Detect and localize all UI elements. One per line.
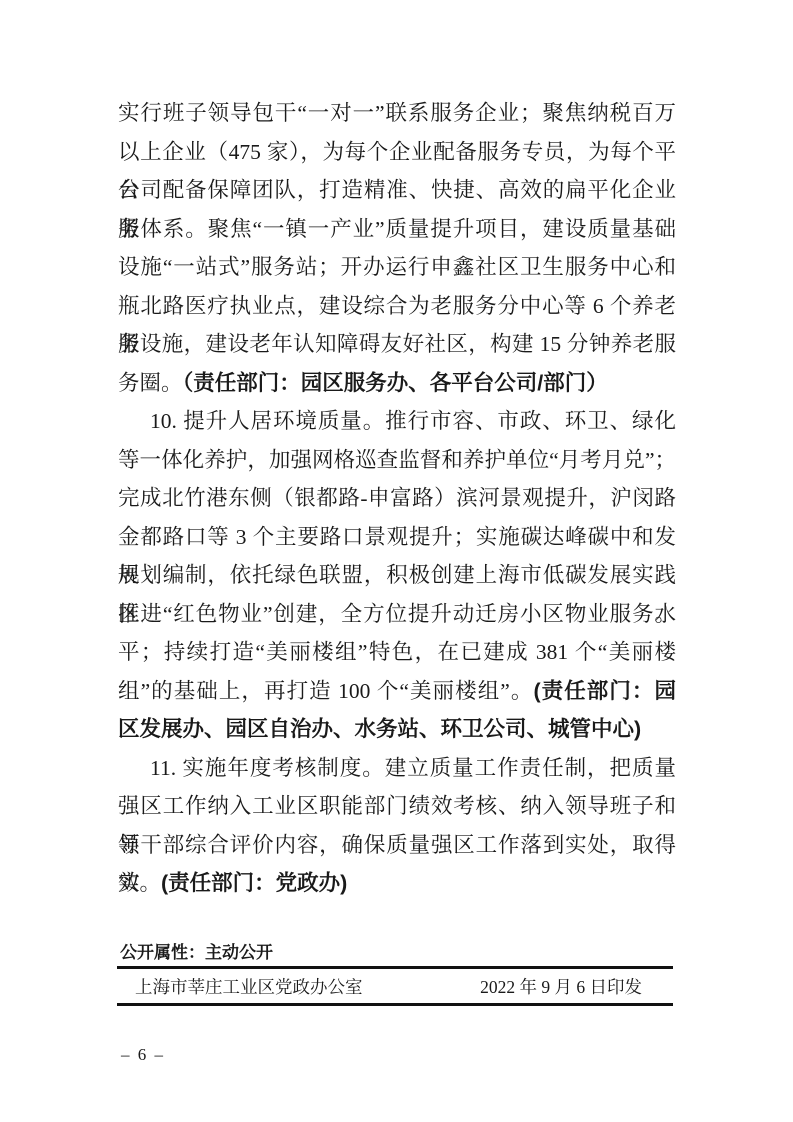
body-text-segment: 11. 实施年度考核制度。建立质量工作责任制，把质量 <box>150 756 676 780</box>
body-line: 导干部综合评价内容，确保质量强区工作落到实处，取得实 <box>118 826 676 865</box>
body-line: 公司配备保障团队，打造精准、快捷、高效的扁平化企业服 <box>118 171 676 210</box>
body-text-segment: 务设施，建设老年认知障碍友好社区，构建 15 分钟养老服 <box>118 332 676 356</box>
body-line: 务体系。聚焦“一镇一产业”质量提升项目，建设质量基础 <box>118 210 676 249</box>
body-text-segment: 效。 <box>118 871 161 895</box>
body-text-segment: 完成北竹港东侧（银都路-申富路）滨河景观提升，沪闵路 <box>118 486 676 510</box>
body-line: 组”的基础上，再打造 100 个“美丽楼组”。(责任部门：园 <box>118 672 676 711</box>
body-line: 金都路口等 3 个主要路口景观提升；实施碳达峰碳中和发展 <box>118 518 676 557</box>
body-text-segment: 推进“红色物业”创建，全方位提升动迁房小区物业服务水 <box>118 602 676 626</box>
issuing-office-label: 上海市莘庄工业区党政办公室 <box>135 975 363 999</box>
body-line: 务设施，建设老年认知障碍友好社区，构建 15 分钟养老服 <box>118 325 676 364</box>
body-line: 实行班子领导包干“一对一”联系服务企业；聚焦纳税百万 <box>118 94 676 133</box>
publicity-attribute-label: 公开属性：主动公开 <box>120 942 273 964</box>
body-line: 推进“红色物业”创建，全方位提升动迁房小区物业服务水 <box>118 595 676 634</box>
body-line: 等一体化养护，加强网格巡查监督和养护单位“月考月兑”； <box>118 441 676 480</box>
body-text-segment: 实行班子领导包干“一对一”联系服务企业；聚焦纳税百万 <box>118 101 676 125</box>
body-line: 以上企业（475 家），为每个企业配备服务专员，为每个平台 <box>118 133 676 172</box>
body-text-segment: 务圈。 <box>118 371 183 395</box>
body-line: 规划编制，依托绿色联盟，积极创建上海市低碳发展实践区。 <box>118 556 676 595</box>
body-line: 瓶北路医疗执业点，建设综合为老服务分中心等 6 个养老服 <box>118 287 676 326</box>
body-line: 11. 实施年度考核制度。建立质量工作责任制，把质量 <box>118 749 676 788</box>
body-line: 效。(责任部门：党政办) <box>118 864 676 903</box>
body-text-segment: 平；持续打造“美丽楼组”特色，在已建成 381 个“美丽楼 <box>118 640 676 664</box>
body-text-segment: 设施“一站式”服务站；开办运行申鑫社区卫生服务中心和 <box>118 255 676 279</box>
responsible-department-text: 区发展办、园区自治办、水务站、环卫公司、城管中心) <box>118 717 641 741</box>
body-line: 强区工作纳入工业区职能部门绩效考核、纳入领导班子和领 <box>118 787 676 826</box>
body-line: 完成北竹港东侧（银都路-申富路）滨河景观提升，沪闵路 <box>118 479 676 518</box>
page-number: – 6 – <box>121 1045 165 1065</box>
document-page: 实行班子领导包干“一对一”联系服务企业；聚焦纳税百万以上企业（475 家），为每… <box>0 0 793 1122</box>
body-text-segment: 10. 提升人居环境质量。推行市容、市政、环卫、绿化 <box>150 409 676 433</box>
body-text-segment: 组”的基础上，再打造 100 个“美丽楼组”。 <box>118 679 533 703</box>
document-body: 实行班子领导包干“一对一”联系服务企业；聚焦纳税百万以上企业（475 家），为每… <box>118 94 676 903</box>
body-line: 平；持续打造“美丽楼组”特色，在已建成 381 个“美丽楼 <box>118 633 676 672</box>
body-text-segment: 等一体化养护，加强网格巡查监督和养护单位“月考月兑”； <box>118 448 676 472</box>
responsible-department-text: (责任部门：园 <box>533 679 676 703</box>
body-line: 务圈。（责任部门：园区服务办、各平台公司/部门） <box>118 364 676 403</box>
print-date-label: 2022 年 9 月 6 日印发 <box>480 975 642 999</box>
responsible-department-text: （责任部门：园区服务办、各平台公司/部门） <box>183 371 608 395</box>
footer-issuer-row: 上海市莘庄工业区党政办公室 2022 年 9 月 6 日印发 <box>117 975 673 999</box>
body-line: 区发展办、园区自治办、水务站、环卫公司、城管中心) <box>118 710 676 749</box>
body-line: 设施“一站式”服务站；开办运行申鑫社区卫生服务中心和 <box>118 248 676 287</box>
body-text-segment: 务体系。聚焦“一镇一产业”质量提升项目，建设质量基础 <box>118 217 676 241</box>
footer-divider-top <box>117 966 673 969</box>
responsible-department-text: (责任部门：党政办) <box>161 871 347 895</box>
body-line: 10. 提升人居环境质量。推行市容、市政、环卫、绿化 <box>118 402 676 441</box>
footer-divider-bottom <box>117 1003 673 1006</box>
